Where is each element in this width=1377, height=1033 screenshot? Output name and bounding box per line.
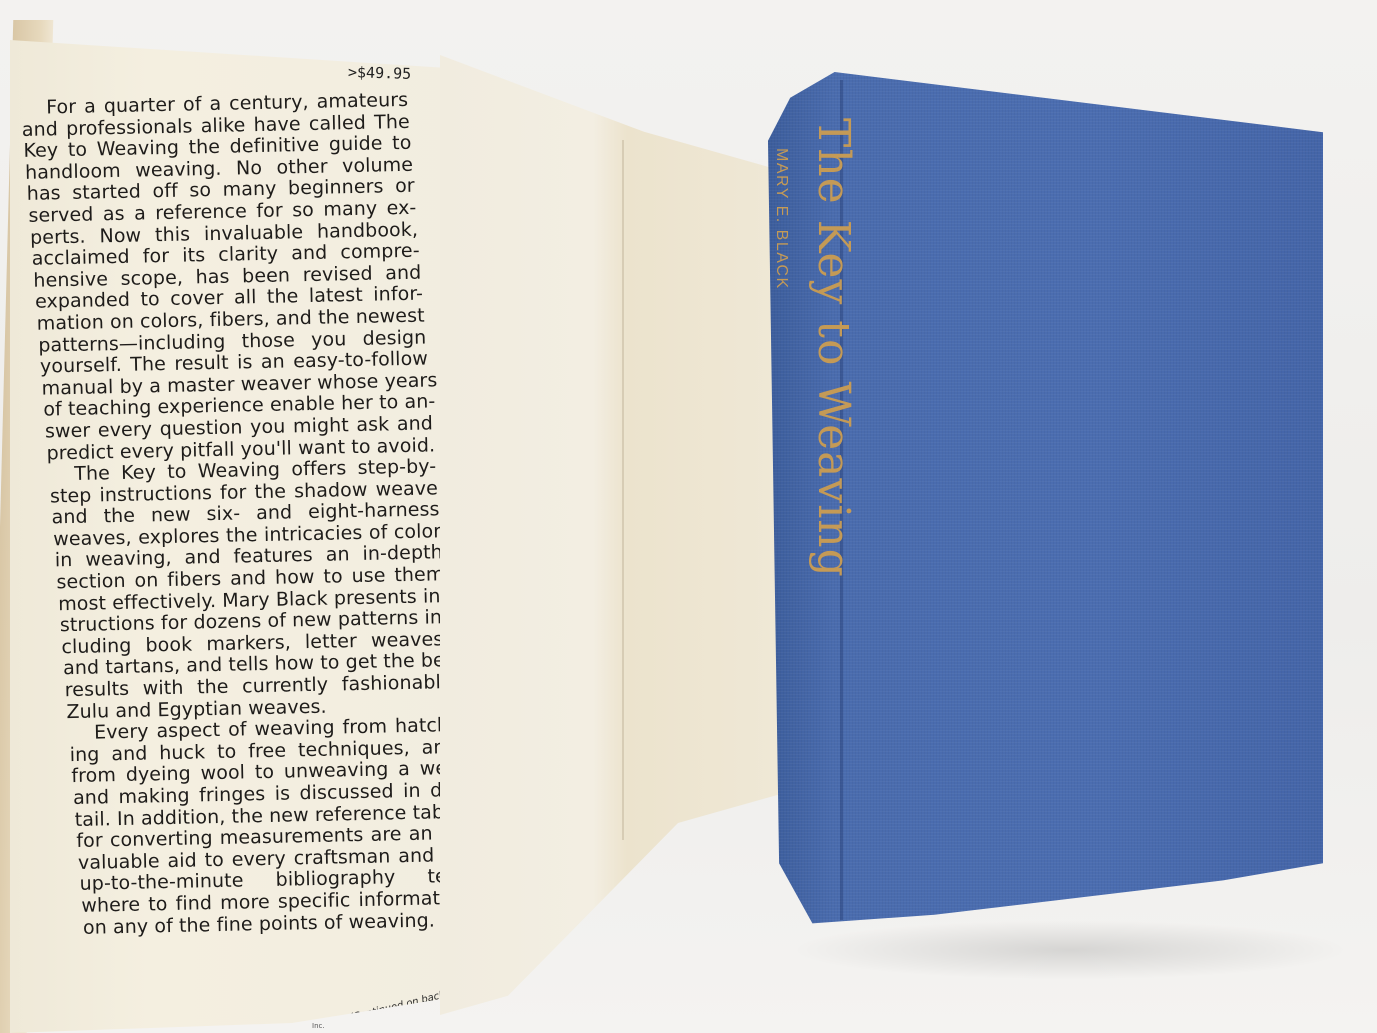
endpaper-fold (622, 140, 624, 840)
publisher-imprint-fragment: Inc. (312, 1022, 325, 1030)
book-shadow (790, 920, 1350, 980)
dust-jacket-front-flap: >$49.95 For a quarter of a century, amat… (10, 30, 480, 1033)
spine-title: The Key to Weaving (808, 118, 859, 578)
spine-author: MARY E. BLACK (772, 148, 790, 290)
price-sticker: >$49.95 (348, 63, 412, 83)
flap-blurb: For a quarter of a century, amateursand … (20, 89, 478, 940)
